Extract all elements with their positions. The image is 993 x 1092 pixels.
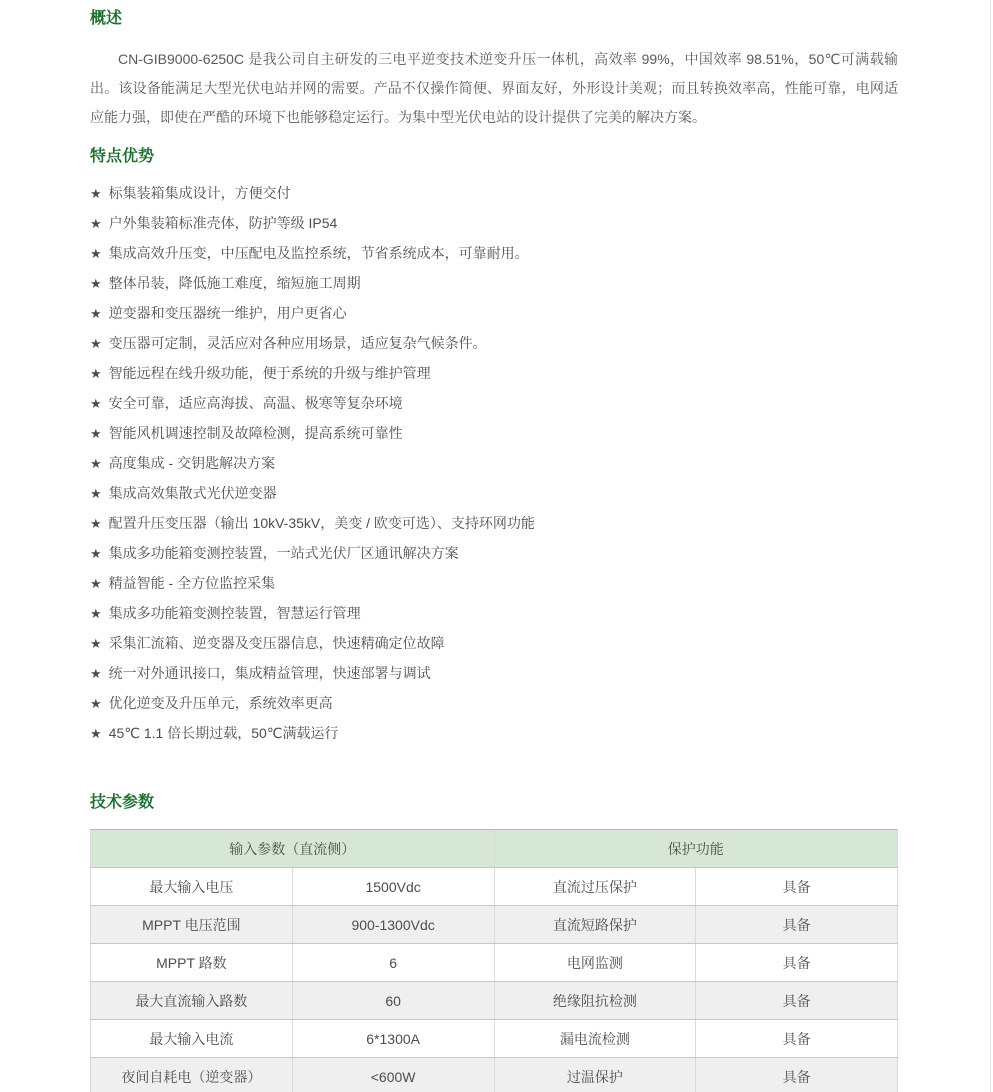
param-value-cell: 900-1300Vdc — [292, 906, 494, 944]
feature-text: 优化逆变及升压单元，系统效率更高 — [109, 695, 333, 711]
feature-text: 户外集装箱标准壳体，防护等级 IP54 — [109, 215, 338, 231]
param-value-cell: 60 — [292, 982, 494, 1020]
protection-name-cell: 绝缘阻抗检测 — [494, 982, 696, 1020]
feature-list: ★标集装箱集成设计，方便交付★户外集装箱标准壳体，防护等级 IP54★集成高效升… — [90, 178, 898, 748]
star-icon: ★ — [90, 456, 102, 471]
param-name-cell: 最大输入电流 — [91, 1020, 293, 1058]
param-name-cell: MPPT 电压范围 — [91, 906, 293, 944]
feature-item: ★精益智能 - 全方位监控采集 — [90, 568, 898, 598]
star-icon: ★ — [90, 486, 102, 501]
feature-text: 智能远程在线升级功能，便于系统的升级与维护管理 — [109, 365, 431, 381]
specs-table-header-protection: 保护功能 — [494, 830, 898, 868]
star-icon: ★ — [90, 666, 102, 681]
star-icon: ★ — [90, 336, 102, 351]
star-icon: ★ — [90, 366, 102, 381]
protection-status-cell: 具备 — [696, 906, 898, 944]
feature-text: 配置升压变压器（输出 10kV-35kV，美变 / 欧变可选）、支持环网功能 — [109, 515, 535, 531]
feature-item: ★逆变器和变压器统一维护，用户更省心 — [90, 298, 898, 328]
feature-text: 统一对外通讯接口，集成精益管理，快速部署与调试 — [109, 665, 431, 681]
feature-item: ★配置升压变压器（输出 10kV-35kV，美变 / 欧变可选）、支持环网功能 — [90, 508, 898, 538]
overview-paragraph: CN-GIB9000-6250C 是我公司自主研发的三电平逆变技术逆变升压一体机… — [90, 45, 898, 132]
document-content: 概述 CN-GIB9000-6250C 是我公司自主研发的三电平逆变技术逆变升压… — [90, 0, 898, 1092]
specs-table-body: 最大输入电压1500Vdc直流过压保护具备MPPT 电压范围900-1300Vd… — [91, 868, 898, 1092]
feature-item: ★智能风机调速控制及故障检测，提高系统可靠性 — [90, 418, 898, 448]
param-name-cell: 最大直流输入路数 — [91, 982, 293, 1020]
feature-item: ★优化逆变及升压单元，系统效率更高 — [90, 688, 898, 718]
feature-item: ★安全可靠，适应高海拔、高温、极寒等复杂环境 — [90, 388, 898, 418]
star-icon: ★ — [90, 426, 102, 441]
star-icon: ★ — [90, 276, 102, 291]
star-icon: ★ — [90, 246, 102, 261]
star-icon: ★ — [90, 216, 102, 231]
feature-item: ★整体吊装，降低施工难度，缩短施工周期 — [90, 268, 898, 298]
feature-text: 集成多功能箱变测控装置，一站式光伏厂区通讯解决方案 — [109, 545, 459, 561]
param-value-cell: 1500Vdc — [292, 868, 494, 906]
param-name-cell: MPPT 路数 — [91, 944, 293, 982]
param-name-cell: 最大输入电压 — [91, 868, 293, 906]
protection-name-cell: 漏电流检测 — [494, 1020, 696, 1058]
table-row: MPPT 路数6电网监测具备 — [91, 944, 898, 982]
feature-item: ★变压器可定制，灵活应对各种应用场景，适应复杂气候条件。 — [90, 328, 898, 358]
specs-table: 输入参数（直流侧） 保护功能 最大输入电压1500Vdc直流过压保护具备MPPT… — [90, 829, 898, 1092]
protection-name-cell: 过温保护 — [494, 1058, 696, 1092]
star-icon: ★ — [90, 306, 102, 321]
specs-heading: 技术参数 — [90, 792, 898, 814]
feature-item: ★标集装箱集成设计，方便交付 — [90, 178, 898, 208]
star-icon: ★ — [90, 636, 102, 651]
table-row: 最大直流输入路数60绝缘阻抗检测具备 — [91, 982, 898, 1020]
feature-text: 逆变器和变压器统一维护，用户更省心 — [109, 305, 347, 321]
feature-item: ★集成高效升压变，中压配电及监控系统，节省系统成本，可靠耐用。 — [90, 238, 898, 268]
param-value-cell: 6*1300A — [292, 1020, 494, 1058]
overview-heading: 概述 — [90, 0, 898, 30]
protection-status-cell: 具备 — [696, 944, 898, 982]
features-heading: 特点优势 — [90, 146, 898, 168]
protection-status-cell: 具备 — [696, 868, 898, 906]
table-row: MPPT 电压范围900-1300Vdc直流短路保护具备 — [91, 906, 898, 944]
feature-text: 45℃ 1.1 倍长期过载，50℃满载运行 — [109, 725, 339, 741]
star-icon: ★ — [90, 726, 102, 741]
feature-text: 精益智能 - 全方位监控采集 — [109, 575, 275, 591]
feature-text: 智能风机调速控制及故障检测，提高系统可靠性 — [109, 425, 403, 441]
star-icon: ★ — [90, 606, 102, 621]
protection-name-cell: 电网监测 — [494, 944, 696, 982]
feature-text: 整体吊装，降低施工难度，缩短施工周期 — [109, 275, 361, 291]
feature-item: ★户外集装箱标准壳体，防护等级 IP54 — [90, 208, 898, 238]
protection-status-cell: 具备 — [696, 1058, 898, 1092]
feature-text: 标集装箱集成设计，方便交付 — [109, 185, 291, 201]
protection-status-cell: 具备 — [696, 1020, 898, 1058]
param-value-cell: <600W — [292, 1058, 494, 1092]
feature-text: 集成高效集散式光伏逆变器 — [109, 485, 277, 501]
feature-item: ★集成多功能箱变测控装置，智慧运行管理 — [90, 598, 898, 628]
star-icon: ★ — [90, 576, 102, 591]
feature-item: ★采集汇流箱、逆变器及变压器信息，快速精确定位故障 — [90, 628, 898, 658]
feature-text: 采集汇流箱、逆变器及变压器信息，快速精确定位故障 — [109, 635, 445, 651]
feature-item: ★智能远程在线升级功能，便于系统的升级与维护管理 — [90, 358, 898, 388]
star-icon: ★ — [90, 516, 102, 531]
protection-status-cell: 具备 — [696, 982, 898, 1020]
param-value-cell: 6 — [292, 944, 494, 982]
feature-item: ★高度集成 - 交钥匙解决方案 — [90, 448, 898, 478]
feature-text: 变压器可定制，灵活应对各种应用场景，适应复杂气候条件。 — [109, 335, 487, 351]
protection-name-cell: 直流短路保护 — [494, 906, 696, 944]
feature-text: 安全可靠，适应高海拔、高温、极寒等复杂环境 — [109, 395, 403, 411]
feature-item: ★集成高效集散式光伏逆变器 — [90, 478, 898, 508]
feature-item: ★45℃ 1.1 倍长期过载，50℃满载运行 — [90, 718, 898, 748]
star-icon: ★ — [90, 186, 102, 201]
feature-item: ★集成多功能箱变测控装置，一站式光伏厂区通讯解决方案 — [90, 538, 898, 568]
specs-table-header-input: 输入参数（直流侧） — [91, 830, 495, 868]
table-row: 夜间自耗电（逆变器）<600W过温保护具备 — [91, 1058, 898, 1092]
feature-text: 集成多功能箱变测控装置，智慧运行管理 — [109, 605, 361, 621]
star-icon: ★ — [90, 396, 102, 411]
table-row: 最大输入电流6*1300A漏电流检测具备 — [91, 1020, 898, 1058]
star-icon: ★ — [90, 546, 102, 561]
table-header-row: 输入参数（直流侧） 保护功能 — [91, 830, 898, 868]
table-row: 最大输入电压1500Vdc直流过压保护具备 — [91, 868, 898, 906]
protection-name-cell: 直流过压保护 — [494, 868, 696, 906]
param-name-cell: 夜间自耗电（逆变器） — [91, 1058, 293, 1092]
feature-text: 集成高效升压变，中压配电及监控系统，节省系统成本，可靠耐用。 — [109, 245, 529, 261]
feature-text: 高度集成 - 交钥匙解决方案 — [109, 455, 275, 471]
page-right-border — [990, 0, 991, 1092]
star-icon: ★ — [90, 696, 102, 711]
feature-item: ★统一对外通讯接口，集成精益管理，快速部署与调试 — [90, 658, 898, 688]
